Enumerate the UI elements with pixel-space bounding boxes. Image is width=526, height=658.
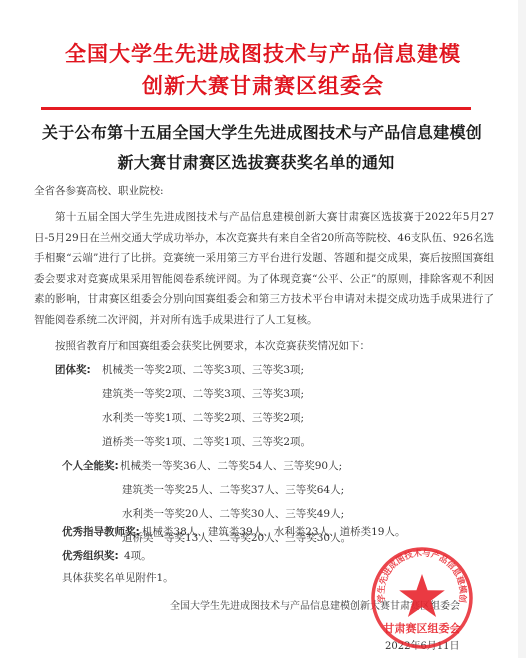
signature-date: 2022年6月11日 (385, 637, 460, 652)
individual-award-line: 机械类一等奖36人、二等奖54人、三等奖90人; (120, 458, 342, 473)
team-award-line: 水利类一等奖1项、二等奖2项、三等奖2项; (102, 410, 304, 425)
organization-award-text: 4项。 (124, 548, 152, 563)
individual-award-label: 个人全能奖: (62, 458, 119, 473)
seal-ring-text: 全国大学生先进成图技术与产品信息建模创新大赛 (370, 546, 468, 604)
svg-text:全国大学生先进成图技术与产品信息建模创新大赛: 全国大学生先进成图技术与产品信息建模创新大赛 (370, 546, 468, 604)
teacher-award-label: 优秀指导教师奖: (62, 524, 140, 539)
team-award-line: 道桥类一等奖1项、二等奖1项、三等奖2项。 (102, 434, 311, 449)
seal-bottom-text: 甘肃赛区组委会 (384, 621, 461, 635)
red-header-line-2: 创新大赛甘肃赛区组委会 (0, 70, 526, 100)
awards-intro: 按照省教育厅和国赛组委会获奖比例要求，本次竞赛获奖情况如下： (55, 338, 370, 353)
organization-award-label: 优秀组织奖: (62, 548, 119, 563)
body-paragraph: 第十五届全国大学生先进成图技术与产品信息建模创新大赛甘肃赛区选拔赛于2022年5… (34, 207, 494, 330)
team-award-line: 机械类一等奖2项、二等奖3项、三等奖3项; (102, 362, 304, 377)
notice-title-line-1: 关于公布第十五届全国大学生先进成图技术与产品信息建模创 (6, 120, 518, 143)
red-header-line-1: 全国大学生先进成图技术与产品信息建模 (0, 38, 526, 68)
team-award-label: 团体奖: (55, 362, 91, 377)
teacher-award-text: 机械类38人、建筑类39人、水利类23人、道桥类19人。 (142, 524, 405, 539)
team-award-line: 建筑类一等奖2项、二等奖3项、三等奖3项; (102, 386, 304, 401)
attachment-note: 具体获奖名单见附件1。 (62, 570, 174, 585)
salutation: 全省各参赛高校、职业院校: (34, 181, 164, 202)
individual-award-line: 建筑类一等奖25人、二等奖37人、三等奖64人; (122, 482, 344, 497)
signature-organization: 全国大学生先进成图技术与产品信息建模创新大赛甘肃赛区组委会 (170, 597, 460, 612)
red-divider (41, 107, 471, 110)
notice-title-line-2: 新大赛甘肃赛区选拔赛获奖名单的通知 (0, 150, 512, 173)
individual-award-line: 水利类一等奖20人、二等奖30人、三等奖49人; (122, 506, 344, 521)
